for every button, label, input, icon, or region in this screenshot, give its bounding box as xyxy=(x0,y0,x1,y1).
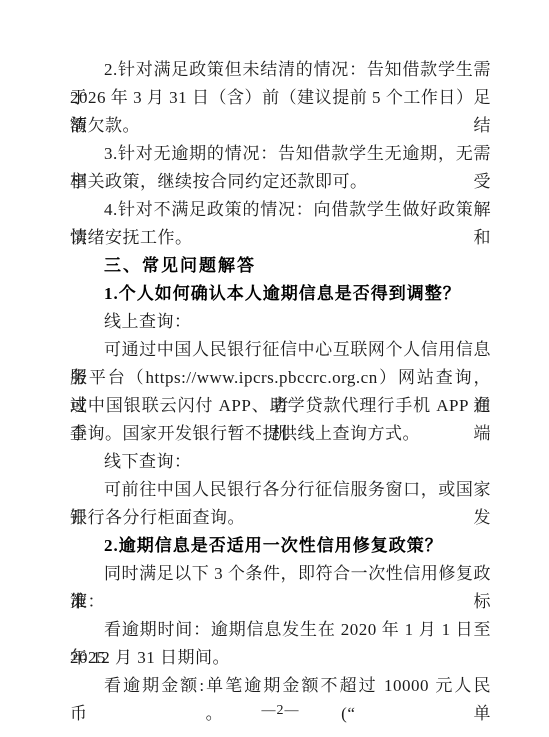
body-line: 2.针对满足政策但未结清的情况：告知借款学生需于 xyxy=(70,56,491,84)
body-line: 过中国银联云闪付 APP、助学贷款代理行手机 APP 在手机端 xyxy=(70,392,491,420)
body-line: 年 12 月 31 日期间。 xyxy=(70,644,491,672)
body-line: 可通过中国人民银行征信中心互联网个人信用信息服 xyxy=(70,336,491,364)
body-line: 看逾期时间：逾期信息发生在 2020 年 1 月 1 日至 2025 xyxy=(70,616,491,644)
body-line: 2026 年 3 月 31 日（含）前（建议提前 5 个工作日）足额结 xyxy=(70,84,491,112)
body-line: 线上查询： xyxy=(70,308,491,336)
body-line: 同时满足以下 3 个条件，即符合一次性信用修复政策标 xyxy=(70,560,491,588)
faq-question-2: 2.逾期信息是否适用一次性信用修复政策？ xyxy=(70,532,491,560)
body-line: 3.针对无逾期的情况：告知借款学生无逾期，无需享受 xyxy=(70,140,491,168)
faq-question-1: 1.个人如何确认本人逾期信息是否得到调整？ xyxy=(70,280,491,308)
document-page: 2.针对满足政策但未结清的情况：告知借款学生需于 2026 年 3 月 31 日… xyxy=(0,0,549,737)
body-line: 4.针对不满足政策的情况：向借款学生做好政策解读和 xyxy=(70,196,491,224)
body-line: 看逾期金额:单笔逾期金额不超过 10000 元人民币。(“单 xyxy=(70,672,491,700)
body-line: 线下查询： xyxy=(70,448,491,476)
faq-section-heading: 三、常见问题解答 xyxy=(70,252,491,280)
body-line-with-url: 务平台（https://www.ipcrs.pbccrc.org.cn）网站查询… xyxy=(70,364,491,392)
body-line: 可前往中国人民银行各分行征信服务窗口，或国家开发 xyxy=(70,476,491,504)
